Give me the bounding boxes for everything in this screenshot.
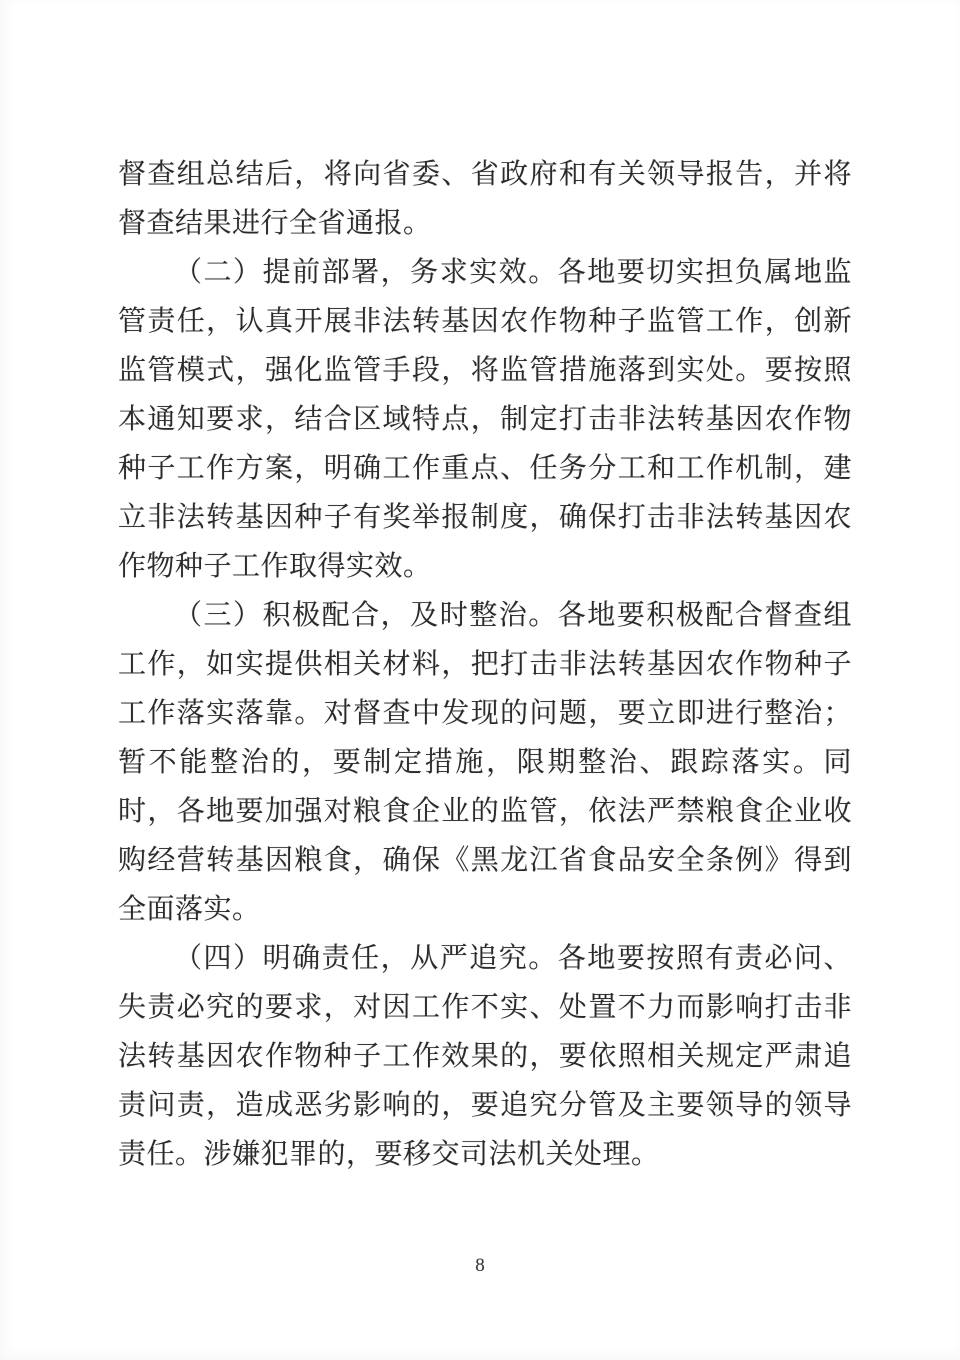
- paragraph-continuation: 督查组总结后，将向省委、省政府和有关领导报告，并将督查结果进行全省通报。: [118, 150, 852, 248]
- paragraph-section-two: （二）提前部署，务求实效。各地要切实担负属地监管责任，认真开展非法转基因农作物种…: [118, 248, 852, 591]
- document-body: 督查组总结后，将向省委、省政府和有关领导报告，并将督查结果进行全省通报。 （二）…: [118, 150, 852, 1179]
- document-page: 督查组总结后，将向省委、省政府和有关领导报告，并将督查结果进行全省通报。 （二）…: [0, 0, 960, 1360]
- paragraph-section-four: （四）明确责任，从严追究。各地要按照有责必问、失责必究的要求，对因工作不实、处置…: [118, 934, 852, 1179]
- page-number: 8: [0, 1255, 960, 1277]
- paragraph-section-three: （三）积极配合，及时整治。各地要积极配合督查组工作，如实提供相关材料，把打击非法…: [118, 591, 852, 934]
